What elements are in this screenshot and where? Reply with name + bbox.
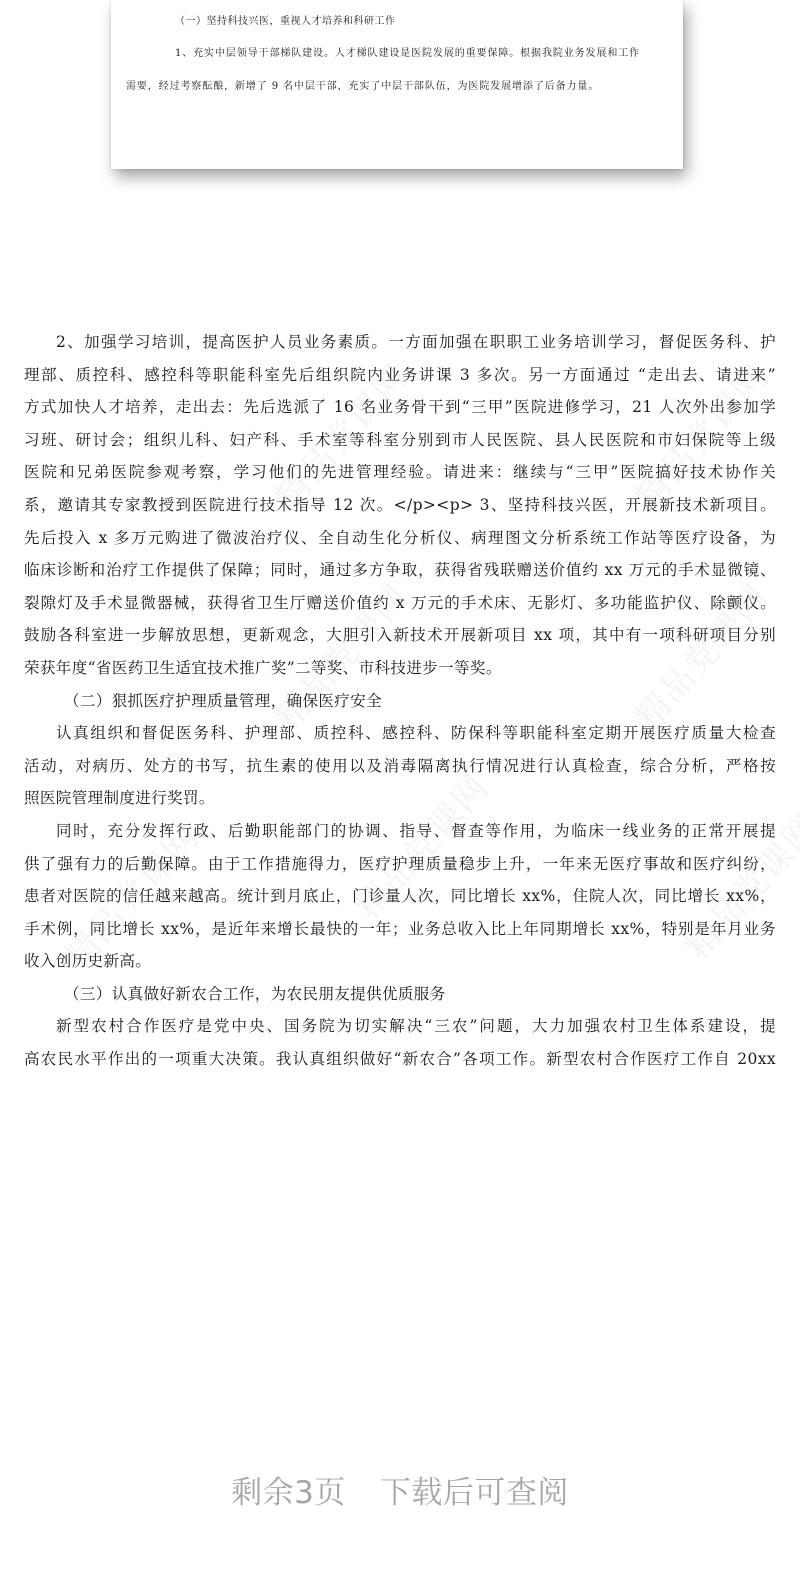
preview-text-line: 1、充实中层领导干部梯队建设。人才梯队建设是医院发展的重要保障。根据我院业务发展…	[175, 44, 640, 59]
text-line: 理部、质控科、感控科等职能科室先后组织院内业务讲课 3 多次。另一方面通过 “走…	[24, 359, 776, 392]
document-body: 2、加强学习培训，提高医护人员业务素质。一方面加强在职职工业务培训学习，督促医务…	[24, 326, 776, 1076]
paragraph-quality-inspection: 认真组织和督促医务科、护理部、质控科、感控科、防保科等职能科室定期开展医疗质量大…	[24, 717, 776, 815]
text-line: 医院和兄弟医院参观考察，学习他们的先进管理经验。请进来：继续与“三甲”医院搞好技…	[24, 456, 776, 489]
paragraph-logistics: 同时，充分发挥行政、后勤职能部门的协调、指导、督查等作用，为临床一线业务的正常开…	[24, 815, 776, 978]
section-heading-rural-coop: （三）认真做好新农合工作，为农民朋友提供优质服务	[24, 978, 776, 1011]
text-line: 鼓励各科室进一步解放思想，更新观念，大胆引入新技术开展新项目 xx 项，其中有一…	[24, 619, 776, 652]
text-line: 认真组织和督促医务科、护理部、质控科、感控科、防保科等职能科室定期开展医疗质量大…	[24, 717, 776, 750]
preview-text-line: 需要，经过考察酝酿，新增了 9 名中层干部，充实了中层干部队伍，为医院发展增添了…	[126, 77, 599, 92]
text-line: 习班、研讨会；组织儿科、妇产科、手术室等科室分别到市人民医院、县人民医院和市妇保…	[24, 424, 776, 457]
text-line: 系，邀请其专家教授到医院进行技术指导 12 次。</p><p> 3、坚持科技兴医…	[24, 489, 776, 522]
text-line: 供了强有力的后勤保障。由于工作措施得力，医疗护理质量稳步上升，一年来无医疗事故和…	[24, 848, 776, 881]
text-line: 新型农村合作医疗是党中央、国务院为切实解决“三农”问题，大力加强农村卫生体系建设…	[24, 1010, 776, 1043]
text-line: 裂隙灯及手术显微器械，获得省卫生厅赠送价值约 x 万元的手术床、无影灯、多功能监…	[24, 587, 776, 620]
text-line: 方式加快人才培养，走出去：先后选派了 16 名业务骨干到“三甲”医院进修学习，2…	[24, 391, 776, 424]
section-heading-quality: （二）狠抓医疗护理质量管理，确保医疗安全	[24, 685, 776, 718]
download-to-view-label[interactable]: 下载后可查阅	[380, 1467, 569, 1512]
text-line: 活动，对病历、处方的书写，抗生素的使用以及消毒隔离执行情况进行认真检查，综合分析…	[24, 750, 776, 783]
text-line: 荣获年度“省医药卫生适宜技术推广奖”二等奖、市科技进步一等奖。	[24, 652, 776, 685]
text-line: 同时，充分发挥行政、后勤职能部门的协调、指导、督查等作用，为临床一线业务的正常开…	[24, 815, 776, 848]
preview-section-heading: （一）坚持科技兴医，重视人才培养和科研工作	[175, 12, 396, 27]
paragraph-training: 2、加强学习培训，提高医护人员业务素质。一方面加强在职职工业务培训学习，督促医务…	[24, 326, 776, 685]
text-line: 手术例，同比增长 xx%，是近年来增长最快的一年；业务总收入比上年同期增长 xx…	[24, 913, 776, 946]
download-prompt[interactable]: 剩余3页下载后可查阅	[0, 1467, 800, 1512]
text-line: 先后投入 x 多万元购进了微波治疗仪、全自动生化分析仪、病理图文分析系统工作站等…	[24, 522, 776, 555]
text-line: 收入创历史新高。	[24, 945, 776, 978]
remaining-pages-label: 剩余3页	[231, 1467, 346, 1512]
text-line: 照医院管理制度进行奖罚。	[24, 782, 776, 815]
text-line: 高农民水平作出的一项重大决策。我认真组织做好“新农合”各项工作。新型农村合作医疗…	[24, 1043, 776, 1076]
paragraph-rural-coop: 新型农村合作医疗是党中央、国务院为切实解决“三农”问题，大力加强农村卫生体系建设…	[24, 1010, 776, 1075]
text-line: 患者对医院的信任越来越高。统计到月底止，门诊量人次，同比增长 xx%，住院人次，…	[24, 880, 776, 913]
page-preview-card: （一）坚持科技兴医，重视人才培养和科研工作 1、充实中层领导干部梯队建设。人才梯…	[111, 0, 683, 169]
text-line: 临床诊断和治疗工作提供了保障；同时，通过多方争取，获得省残联赠送价值约 xx 万…	[24, 554, 776, 587]
text-line: 2、加强学习培训，提高医护人员业务素质。一方面加强在职职工业务培训学习，督促医务…	[24, 326, 776, 359]
